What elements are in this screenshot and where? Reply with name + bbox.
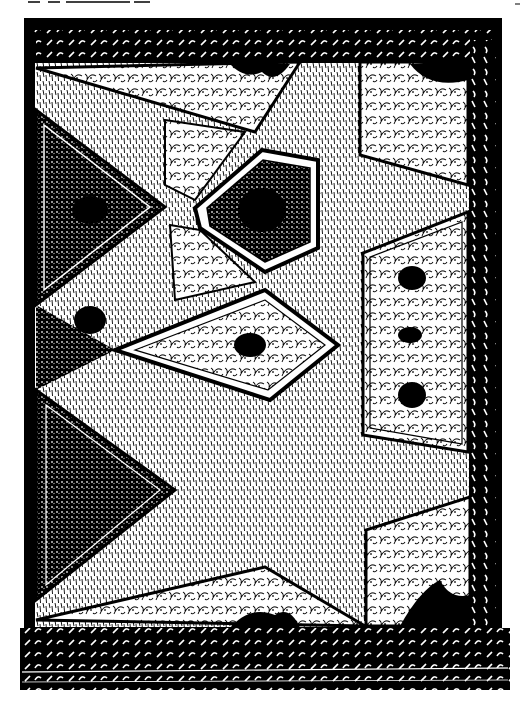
scan-margin-marks: [28, 2, 520, 4]
rosette-ornament-bottom: [398, 382, 426, 408]
bottom-border: [20, 628, 510, 690]
manuscript-illumination: [0, 0, 524, 704]
right-cartouche-panel: [363, 212, 468, 452]
rosette-ornament-middle: [398, 327, 422, 343]
rosette-ornament-top: [398, 266, 426, 290]
